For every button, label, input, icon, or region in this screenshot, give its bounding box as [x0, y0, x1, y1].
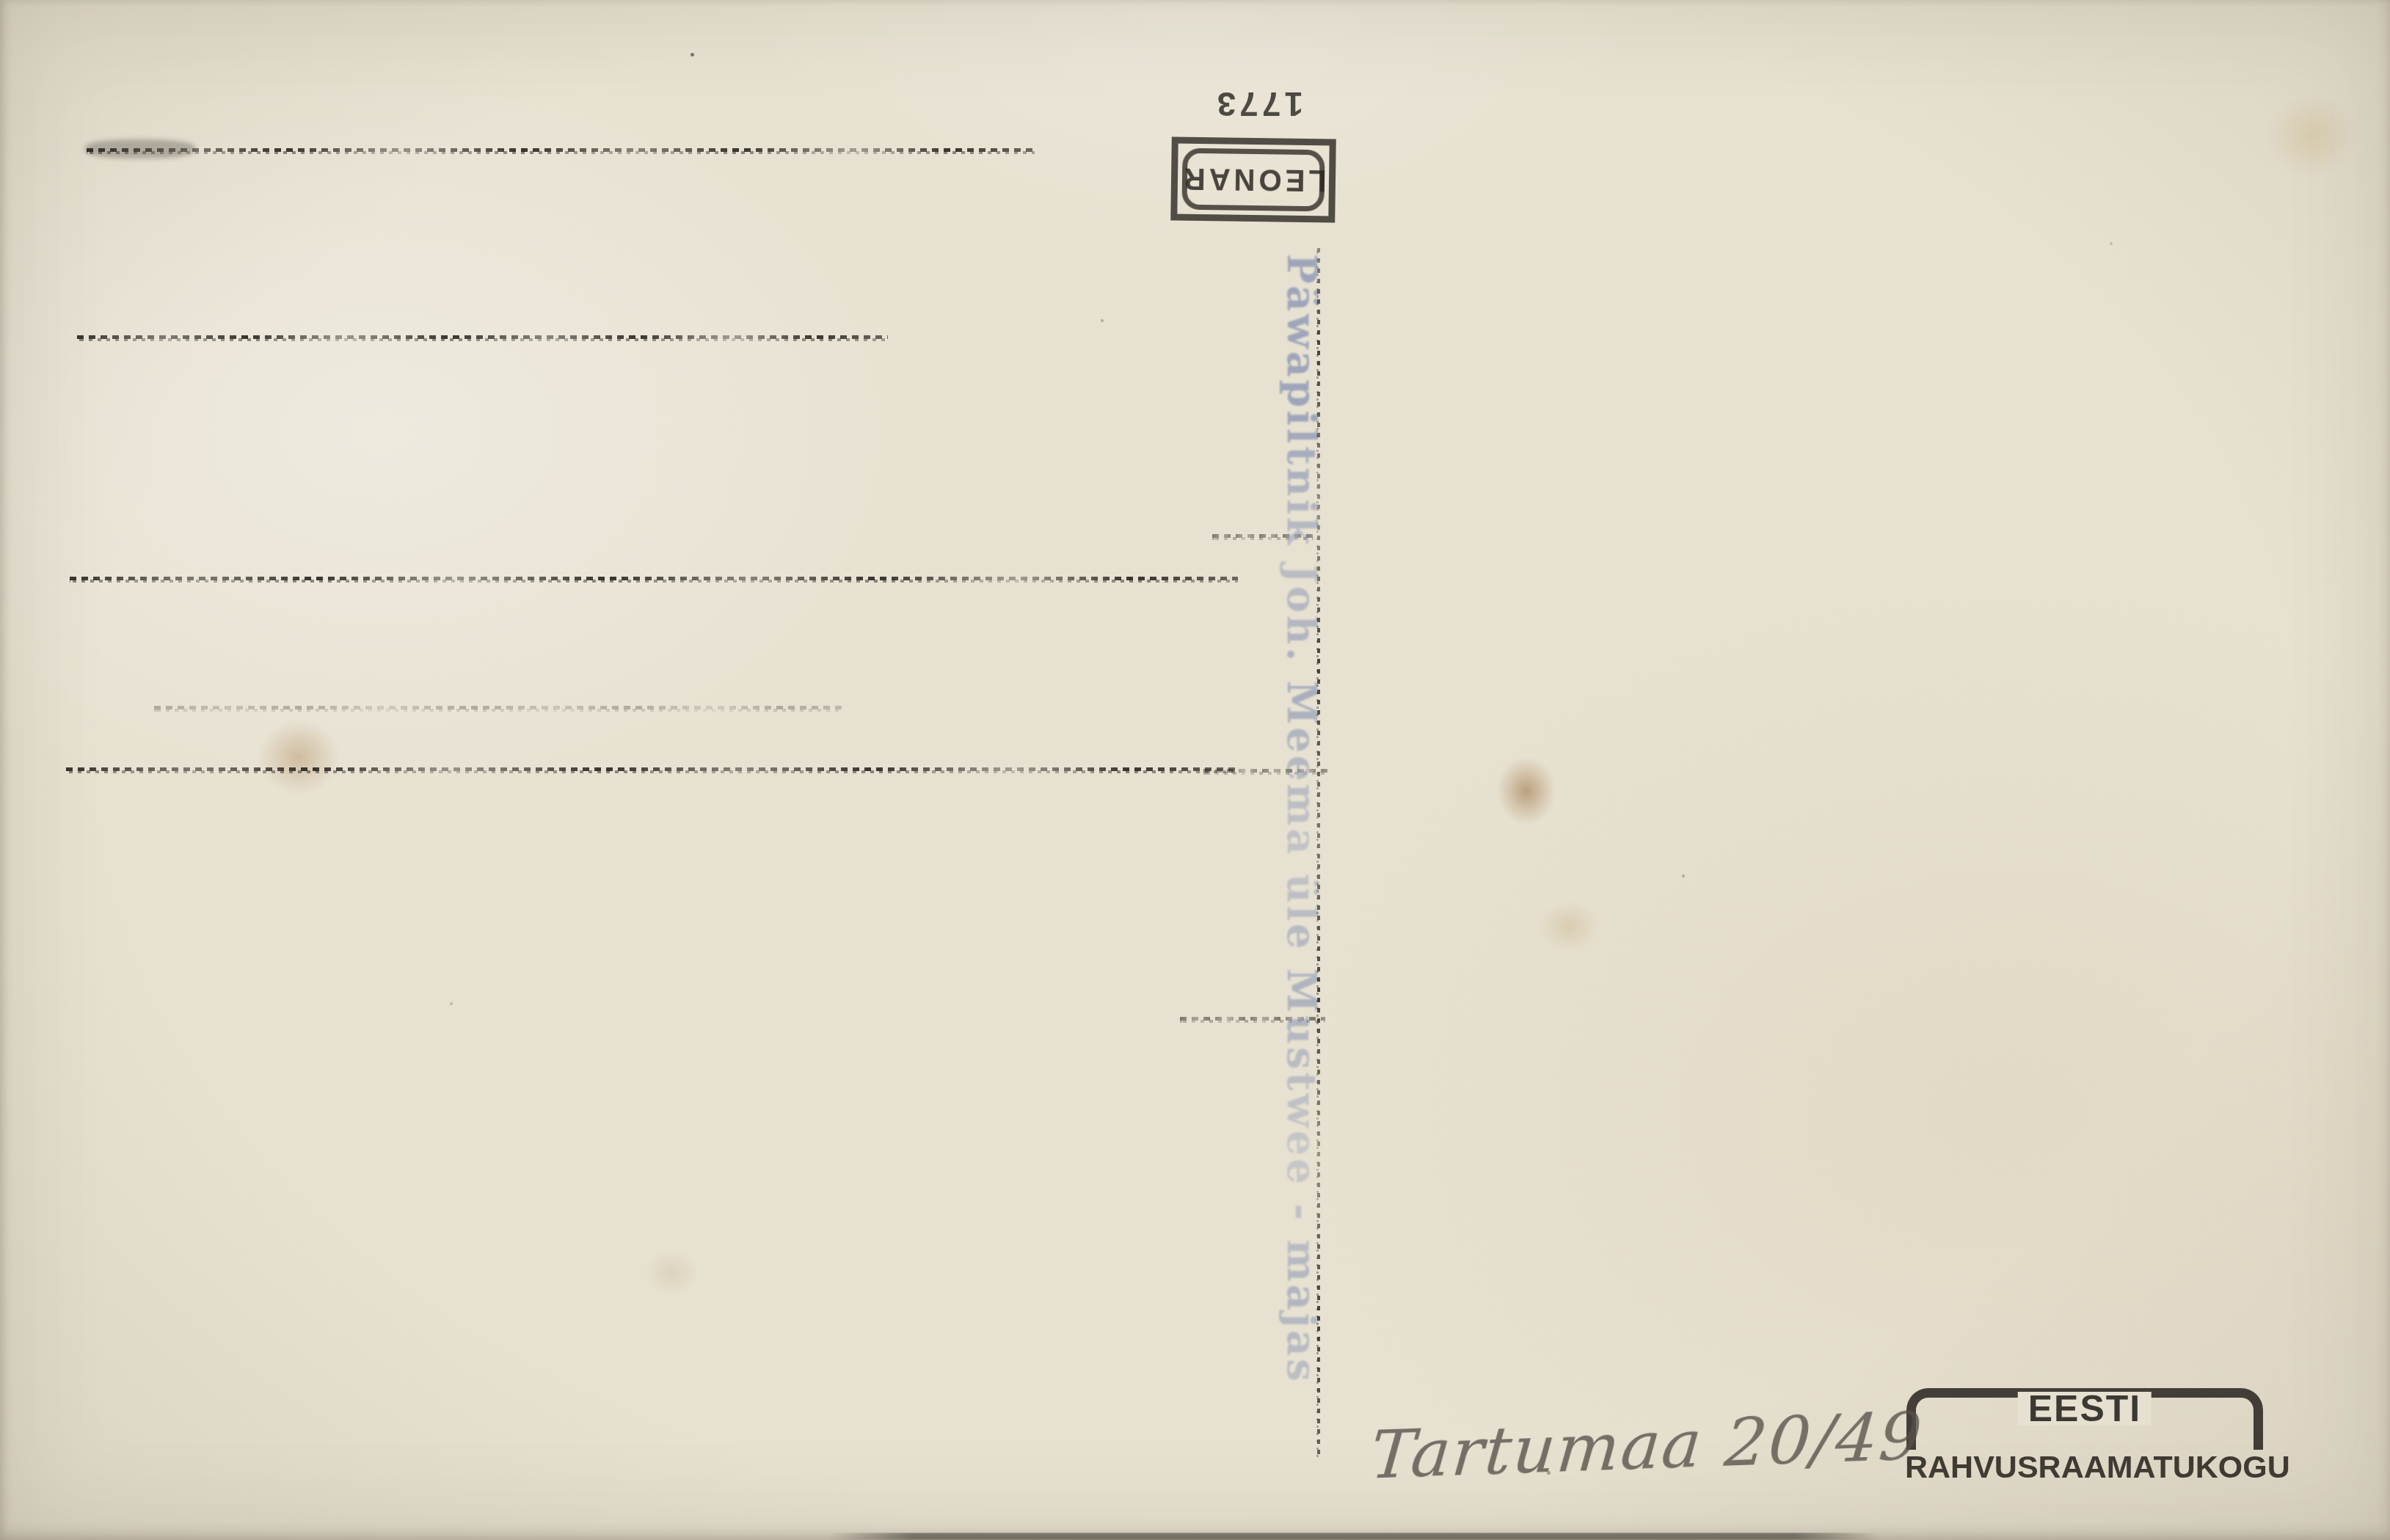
address-line [87, 147, 1035, 154]
leonar-stamp-label: LEONAR [1180, 161, 1327, 199]
address-line-smudge [85, 139, 195, 158]
library-stamp-frame: EESTI [1906, 1388, 2263, 1450]
divider-line [1316, 248, 1321, 1460]
address-line [70, 575, 1238, 583]
library-stamp-name-label: RAHVUSRAAMATUKOGU [1905, 1450, 2266, 1486]
handwritten-note: Tartumaa 20/49 [1368, 1398, 1926, 1495]
library-stamp: EESTI RAHVUSRAAMATUKOGU [1906, 1384, 2263, 1494]
postcard-back: Päwapiltnik Joh. Meema üle Mustwee - maj… [0, 0, 2390, 1540]
stain [1540, 902, 1598, 951]
stain [646, 1251, 697, 1295]
leonar-stamp-inner-frame: LEONAR [1181, 148, 1325, 212]
leonar-number: 1773 [1215, 82, 1303, 126]
stain [258, 720, 339, 794]
library-stamp-eesti-label: EESTI [2018, 1392, 2152, 1426]
scan-edge-shadow [829, 1533, 1879, 1540]
address-line [77, 334, 888, 341]
address-line [66, 766, 1235, 773]
stain [2267, 95, 2356, 176]
address-line [154, 704, 844, 712]
stain [1497, 757, 1556, 825]
leonar-stamp: LEONAR [1170, 136, 1336, 222]
